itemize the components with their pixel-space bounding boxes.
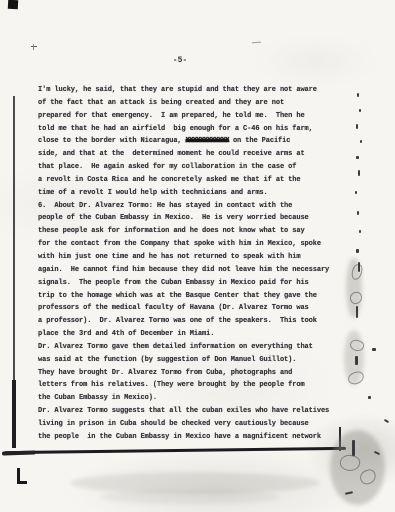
text-line: again. He cannot find him because they d… xyxy=(38,264,338,277)
text-line: the people in the Cuban Embassy in Mexic… xyxy=(38,431,338,444)
scan-speck xyxy=(374,451,380,455)
text-line: for the contact from the Company that sp… xyxy=(38,238,338,251)
corner-ink-mark xyxy=(8,0,18,9)
scan-speck xyxy=(356,124,358,129)
redacted-word: XXXXXXXXXXXX xyxy=(186,137,229,145)
text-line: living in prison in Cuba should be check… xyxy=(38,418,338,431)
handwriting-smudge xyxy=(358,468,378,487)
text-line: these people ask for information and he … xyxy=(38,225,338,238)
text-line: place the 3rd and 4th of December in Mia… xyxy=(38,328,338,341)
scan-speck xyxy=(345,491,353,495)
scan-speck xyxy=(355,356,358,365)
faint-handwriting-band xyxy=(100,490,280,504)
scan-speck xyxy=(356,306,358,318)
page-edge-line-bottom xyxy=(4,447,346,454)
scan-speck xyxy=(358,262,360,272)
text-line: a revolt in Costa Rica and he concretely… xyxy=(38,174,338,187)
text-line: professors of the medical faculty of Hav… xyxy=(38,302,338,315)
scanned-page: -5- I'm lucky, he said, that they are st… xyxy=(0,0,395,512)
handwriting-smudge xyxy=(347,370,366,386)
text-line: told me that he had an airfield big enou… xyxy=(38,123,338,136)
scan-speck xyxy=(357,93,359,97)
text-line: was said at the function (by suggestion … xyxy=(38,354,338,367)
text-line: side, and that at the determined moment … xyxy=(38,148,338,161)
page-edge-line-right xyxy=(339,427,341,451)
scan-speck xyxy=(357,211,359,215)
text-line: trip to the homage which was at the Basq… xyxy=(38,290,338,303)
text-line: that place. He again asked for my collab… xyxy=(38,161,338,174)
scan-speck xyxy=(356,156,359,159)
text-line: I'm lucky, he said, that they are stupid… xyxy=(38,84,338,97)
handwriting-smudge xyxy=(350,263,363,281)
page-edge-ink-blob xyxy=(2,450,36,455)
text-line: Dr. Alvarez Tormo gave them detailed inf… xyxy=(38,341,338,354)
handwriting-smudge xyxy=(346,258,362,318)
faint-handwriting-band xyxy=(70,472,320,494)
scan-speck xyxy=(360,140,362,143)
scan-speck xyxy=(356,249,359,253)
text-line: signals. The people from the Cuban Embas… xyxy=(38,277,338,290)
corner-l-mark xyxy=(17,468,20,484)
handwriting-smudge xyxy=(344,330,364,385)
text-line: close to the border with Nicaragua, XXXX… xyxy=(38,135,338,148)
text-line: people of the Cuban Embassy in Mexico. H… xyxy=(38,212,338,225)
text-line: Dr. Alvarez Tormo suggests that all the … xyxy=(38,405,338,418)
scan-speck xyxy=(358,170,360,176)
stray-dash-mark xyxy=(252,42,261,44)
scan-speck xyxy=(359,109,361,112)
scan-speck xyxy=(368,396,371,399)
page-fold-line-left xyxy=(13,96,15,382)
page-fold-line-left-lower xyxy=(12,380,16,448)
handwriting-smudge xyxy=(349,338,366,353)
text-line: 6. About Dr. Alvarez Tormo: He has staye… xyxy=(38,200,338,213)
stray-plus-mark xyxy=(31,44,37,50)
typed-text-block: I'm lucky, he said, that they are stupid… xyxy=(38,84,338,444)
scan-speck xyxy=(355,191,357,194)
handwriting-smudge xyxy=(339,453,361,472)
scan-speck xyxy=(352,440,355,456)
text-line: with him just one time and he has not re… xyxy=(38,251,338,264)
scan-speck xyxy=(359,230,361,233)
text-line: a professor). Dr. Alvarez Tormo was one … xyxy=(38,315,338,328)
text-line: They have brought Dr. Alvarez Tormo from… xyxy=(38,367,338,380)
scan-speck xyxy=(384,419,389,423)
scan-smudge xyxy=(330,430,385,505)
text-line: letters from his relatives. (They were b… xyxy=(38,379,338,392)
text-line: of the fact that an attack is being crea… xyxy=(38,97,338,110)
text-line: prepared for that emergency. I am prepar… xyxy=(38,110,338,123)
page-number: -5- xyxy=(160,56,200,65)
text-line: time of a revolt I would help with techn… xyxy=(38,187,338,200)
text-line: the Cuban Embassy in Mexico). xyxy=(38,392,338,405)
corner-l-mark xyxy=(17,481,27,484)
handwriting-smudge xyxy=(349,291,363,305)
scan-speck xyxy=(372,348,376,351)
